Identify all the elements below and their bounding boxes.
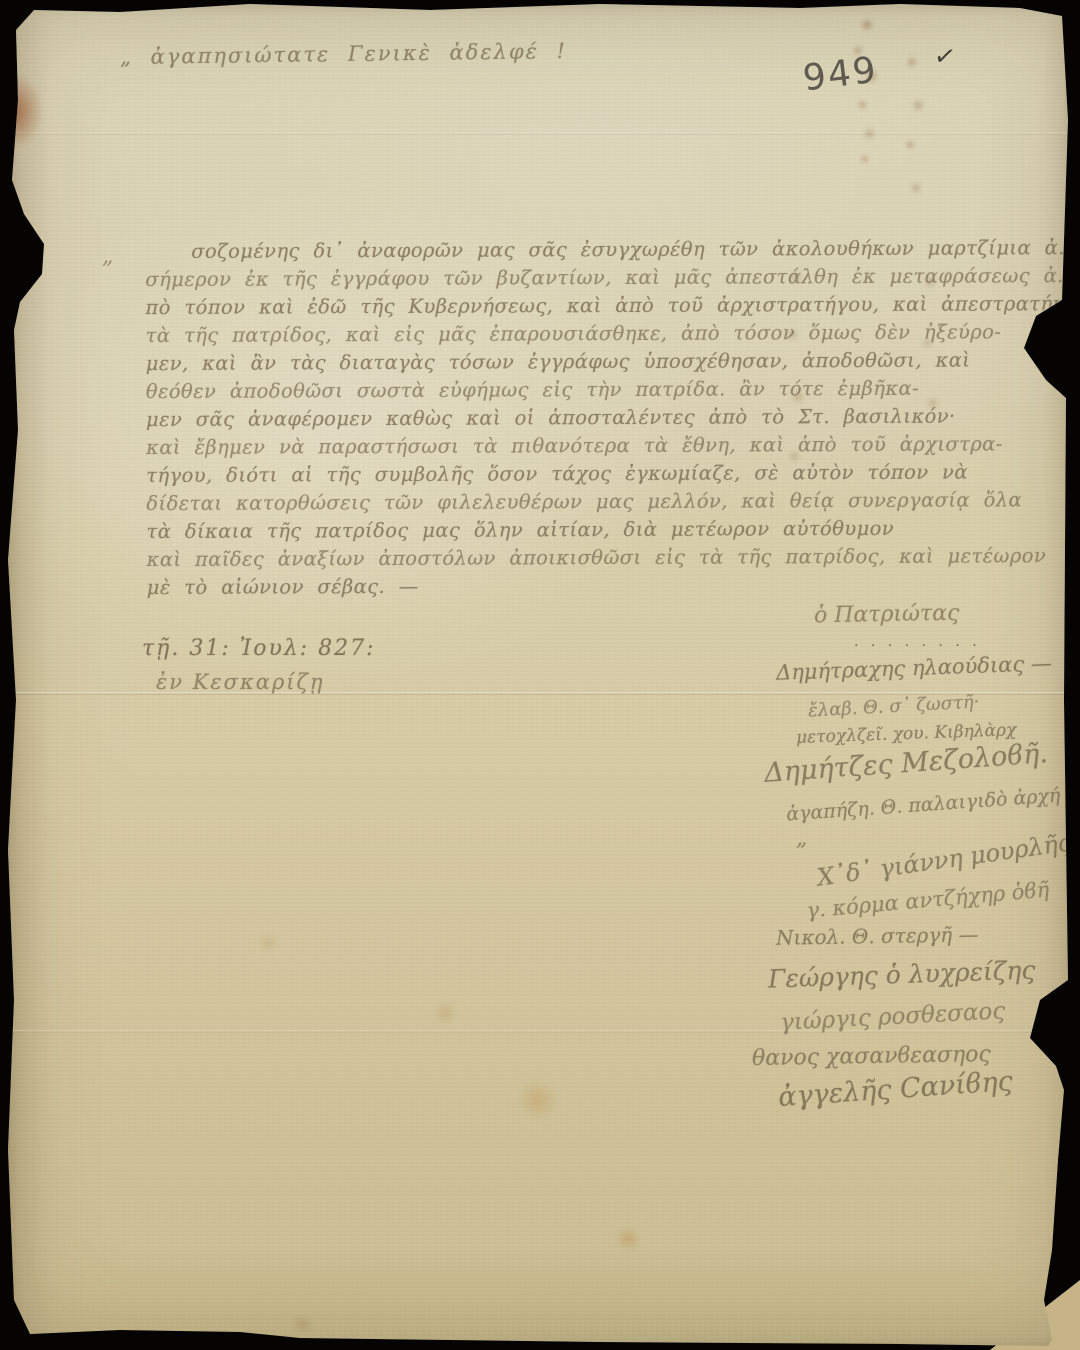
signature: Δημήτραχης ηλαούδιας — <box>776 651 1053 685</box>
body-line: τὰ τῆς πατρίδος, καὶ εἰς μᾶς ἐπαρουσιάσθ… <box>146 320 1080 352</box>
tan-stain <box>616 1228 640 1250</box>
body-line: σήμερον ἐκ τῆς ἐγγράφου τῶν βυζαντίων, κ… <box>145 264 1080 296</box>
signature: ἀγαπήζη. Θ. παλαιγιδὸ ἀρχή <box>786 784 1061 825</box>
signature: θανος χασανϐεασηος <box>752 1042 991 1071</box>
manuscript-sheet: „ ἀγαπησιώτατε Γενικὲ ἀδελφέ ! 949 ✓ „ σ… <box>8 4 1074 1348</box>
signature-quote-mark: „ <box>796 826 807 851</box>
body-line: καὶ ἔβημεν νὰ παραστήσωσι τὰ πιθανότερα … <box>146 432 1080 464</box>
body-line: μεν, καὶ ἂν τὰς διαταγὰς τόσων ἐγγράφως … <box>146 348 1080 380</box>
body-line: τὰ δίκαια τῆς πατρίδος μας ὅλην αἰτίαν, … <box>146 516 1080 548</box>
tan-stain <box>432 1002 458 1024</box>
letter-body: σοζομένης δι᾿ ἀναφορῶν μας σᾶς ἐσυγχωρέθ… <box>145 236 1080 604</box>
body-line: μὲ τὸ αἰώνιον σέβας. — <box>147 572 1080 604</box>
signature: Νικολ. Θ. στεργῆ — <box>776 922 979 950</box>
body-line: πὸ τόπον καὶ ἐδῶ τῆς Κυβερνήσεως, καὶ ἀπ… <box>145 292 1080 324</box>
body-line: καὶ παῖδες ἀναξίων ἀποστόλων ἀποικισθῶσι… <box>147 544 1080 576</box>
checkmark-icon: ✓ <box>932 40 958 73</box>
body-line: θεόθεν ἀποδοθῶσι σωστὰ εὐφήμως εἰς τὴν π… <box>146 376 1080 408</box>
salutation-line: „ ἀγαπησιώτατε Γενικὲ ἀδελφέ ! <box>120 39 567 69</box>
signature: ἀγγελῆς Ϲανίϐης <box>777 1066 1013 1113</box>
manuscript-scan: „ ἀγαπησιώτατε Γενικὲ ἀδελφέ ! 949 ✓ „ σ… <box>0 0 1080 1350</box>
ink-bleedthrough-stain <box>894 44 934 224</box>
margin-open-quote: „ <box>102 244 113 269</box>
fold-crease-top <box>8 132 1074 135</box>
closing-salutation: ὁ Πατριώτας <box>814 601 960 629</box>
rust-stain <box>8 76 42 146</box>
tan-stain <box>516 1080 560 1120</box>
tan-stain <box>258 934 278 952</box>
place-line: ἐν Κεσκαρίζῃ <box>156 670 325 694</box>
signature: γιώργις ροσθεσαος <box>779 998 1005 1036</box>
signature: Γεώργης ὁ λυχρείζης <box>768 955 1036 993</box>
body-line: μεν σᾶς ἀναφέρομεν καθὼς καὶ οἱ ἀποσταλέ… <box>146 404 1080 436</box>
closing-dots: · · · · · · · · <box>854 638 981 654</box>
body-line: τήγου, διότι αἱ τῆς συμβολῆς ὅσον τάχος … <box>146 460 1080 492</box>
signature: ἔλαβ. Θ. σ᾿ ζωστῆ· <box>808 692 980 722</box>
archive-number: 949 <box>801 50 880 100</box>
fold-crease-lower <box>8 1030 1074 1033</box>
tan-stain <box>290 1316 316 1332</box>
body-line: σοζομένης δι᾿ ἀναφορῶν μας σᾶς ἐσυγχωρέθ… <box>145 236 1080 268</box>
date-line: τῇ. 31: Ἰουλ: 827: <box>142 636 376 661</box>
body-line: δίδεται κατορθώσεις τῶν φιλελευθέρων μας… <box>146 488 1080 520</box>
